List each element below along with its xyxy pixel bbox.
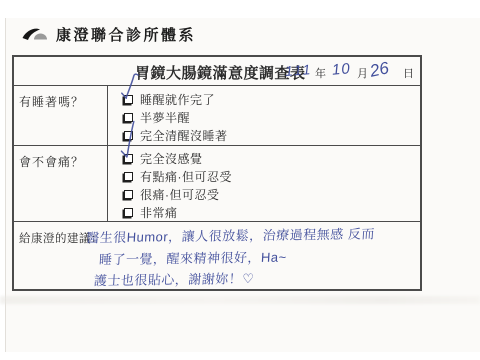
checkbox-icon[interactable] (124, 172, 133, 181)
question-row-pain: 會不會痛？ 完全沒感覺 有點痛·但可忍受 很痛·但可忍受 非常痛 (14, 146, 420, 222)
option-slight-pain[interactable]: 有點痛·但可忍受 (123, 167, 420, 185)
clinic-logo-icon (22, 26, 49, 43)
survey-form-table: 胃鏡大腸鏡滿意度調查表 111 年 10 月 26 日 有睡著嗎？ 睡醒就作完了… (12, 55, 422, 291)
form-title: 胃鏡大腸鏡滿意度調查表 (135, 62, 306, 83)
option-no-feeling[interactable]: 完全沒感覺 (123, 149, 420, 167)
date-year-value: 111 (284, 61, 312, 79)
date-month-value: 10 (331, 60, 351, 79)
option-half-asleep[interactable]: 半夢半醒 (123, 108, 420, 126)
checkbox-icon[interactable] (124, 131, 133, 140)
clinic-name: 康澄聯合診所體系 (56, 24, 196, 45)
question-label-pain: 會不會痛？ (14, 146, 108, 221)
scan-shadow-artifact (0, 296, 480, 304)
checkbox-icon[interactable] (124, 95, 133, 104)
handwritten-comment: 醫生很Humor，讓人很放鬆，治療過程無感 反而 睡了一覺，醒來精神很好，Ha~… (83, 223, 422, 292)
clinic-brand-header: 康澄聯合診所體系 (22, 24, 196, 44)
comment-line: 護士也很貼心，謝謝妳！♡ (83, 266, 419, 292)
checkbox-icon[interactable] (124, 113, 133, 122)
option-very-painful-bearable[interactable]: 很痛·但可忍受 (123, 185, 420, 203)
option-extremely-painful[interactable]: 非常痛 (123, 203, 420, 221)
question-label-sleep: 有睡著嗎？ (14, 86, 108, 145)
checkbox-icon[interactable] (124, 154, 133, 163)
question-row-sleep: 有睡著嗎？ 睡醒就作完了 半夢半醒 完全清醒沒睡著 (14, 86, 420, 146)
date-year-label: 年 (315, 65, 326, 81)
date-day-value: 26 (368, 58, 391, 81)
checkbox-icon[interactable] (124, 208, 133, 217)
form-title-row: 胃鏡大腸鏡滿意度調查表 111 年 10 月 26 日 (14, 57, 420, 86)
option-fully-awake[interactable]: 完全清醒沒睡著 (123, 126, 420, 144)
date-day-label: 日 (403, 65, 414, 81)
suggestion-row: 給康澄的建議： 醫生很Humor，讓人很放鬆，治療過程無感 反而 睡了一覺，醒來… (14, 222, 420, 291)
options-sleep: 睡醒就作完了 半夢半醒 完全清醒沒睡著 (108, 86, 420, 144)
options-pain: 完全沒感覺 有點痛·但可忍受 很痛·但可忍受 非常痛 (108, 146, 420, 221)
date-month-label: 月 (357, 65, 368, 81)
option-woke-up-done[interactable]: 睡醒就作完了 (123, 90, 420, 108)
checkbox-icon[interactable] (124, 190, 133, 199)
